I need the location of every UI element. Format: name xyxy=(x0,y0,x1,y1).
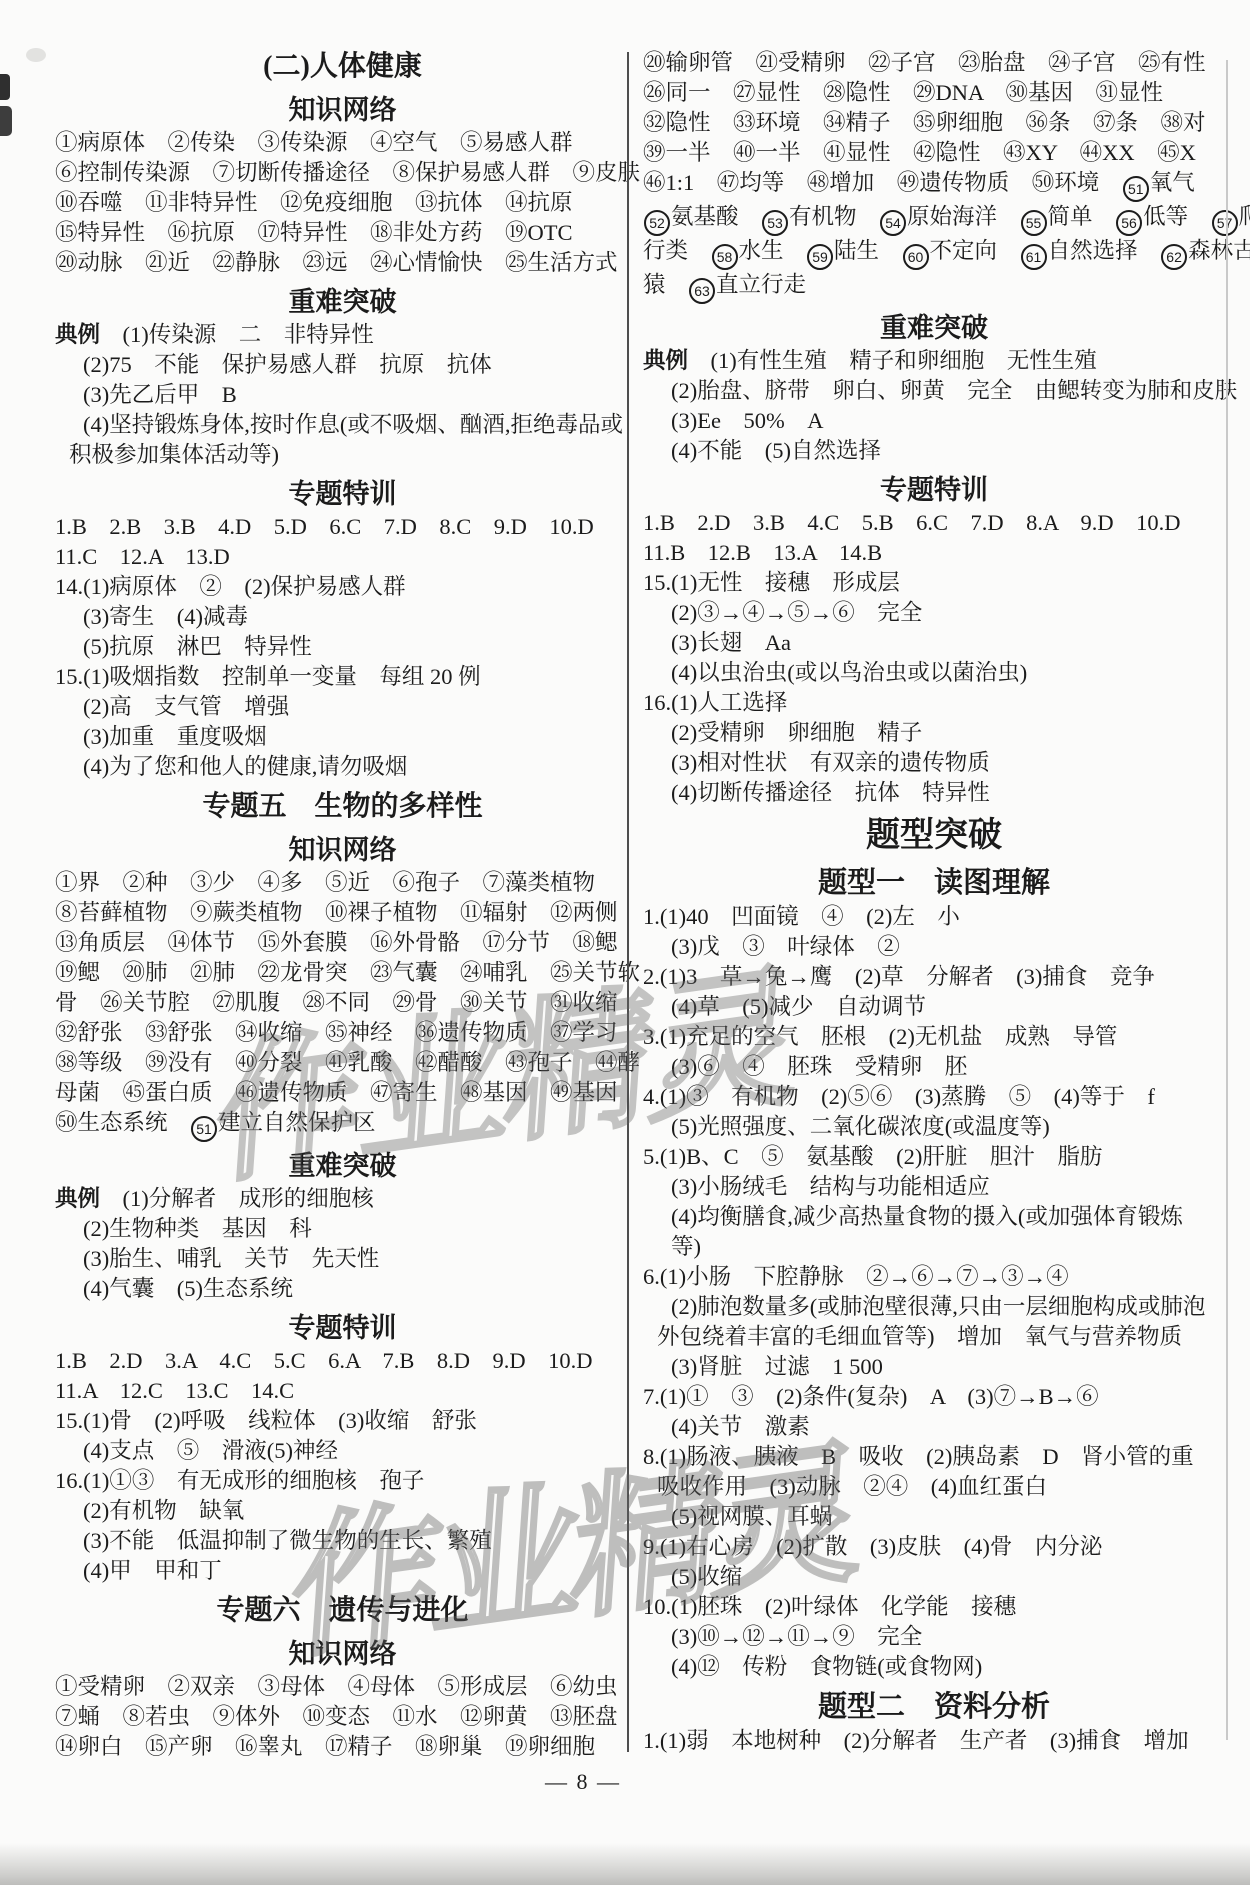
text-line: ⑧苔藓植物 ⑨蕨类植物 ⑩裸子植物 ⑪辐射 ⑫两侧 xyxy=(55,898,630,928)
text-line: 11.C 12.A 13.D xyxy=(55,542,630,572)
text-line: ①界 ②种 ③少 ④多 ⑤近 ⑥孢子 ⑦藻类植物 xyxy=(55,868,630,898)
text-line: (2)肺泡数量多(或肺泡壁很薄,只由一层细胞构成或肺泡 xyxy=(643,1292,1225,1322)
text-line: (3)寄生 (4)减毒 xyxy=(55,602,630,632)
text-line: 9.(1)右心房 (2)扩散 (3)皮肤 (4)骨 内分泌 xyxy=(643,1532,1225,1562)
section-heading: 专题特训 xyxy=(643,472,1225,508)
text-line: ㊻1:1 ㊼均等 ㊽增加 ㊾遗传物质 ㊿环境 51氧气 xyxy=(643,168,1225,202)
section-heading: 重难突破 xyxy=(55,1148,630,1184)
bold-label: 典例 xyxy=(55,1186,100,1211)
text-line: (4)关节 激素 xyxy=(643,1412,1225,1442)
text-line: 典例 (1)分解者 成形的细胞核 xyxy=(55,1184,630,1214)
text-line: ⑦蛹 ⑧若虫 ⑨体外 ⑩变态 ⑪水 ⑫卵黄 ⑬胚盘 xyxy=(55,1702,630,1732)
bold-label: 典例 xyxy=(55,322,100,347)
text-line: 52氨基酸 53有机物 54原始海洋 55简单 56低等 57爬 xyxy=(643,202,1225,236)
circled-number: 51 xyxy=(191,1116,217,1142)
text-line: 1.B 2.B 3.B 4.D 5.D 6.C 7.D 8.C 9.D 10.D xyxy=(55,512,630,542)
text-line: 11.A 12.C 13.C 14.C xyxy=(55,1376,630,1406)
text-line: (3)⑩→⑫→⑪→⑨ 完全 xyxy=(643,1622,1225,1652)
text-line: (3)先乙后甲 B xyxy=(55,380,630,410)
section-heading: 专题特训 xyxy=(55,476,630,512)
page-edge-line xyxy=(1226,60,1228,1740)
text-line: (4)切断传播途径 抗体 特异性 xyxy=(643,778,1225,808)
section-heading: 重难突破 xyxy=(643,310,1225,346)
circled-number: 57 xyxy=(1212,210,1238,236)
text-line: 16.(1)①③ 有无成形的细胞核 孢子 xyxy=(55,1466,630,1496)
text-line: (3)肾脏 过滤 1 500 xyxy=(643,1352,1225,1382)
text-line: (5)抗原 淋巴 特异性 xyxy=(55,632,630,662)
text-line: ⑬角质层 ⑭体节 ⑮外套膜 ⑯外骨骼 ⑰分节 ⑱鳃 xyxy=(55,928,630,958)
text-line: 2.(1)3 草→兔→鹰 (2)草 分解者 (3)捕食 竞争 xyxy=(643,962,1225,992)
column-divider-line xyxy=(627,52,629,1752)
text-line: 典例 (1)传染源 二 非特异性 xyxy=(55,320,630,350)
text-line: 母菌 ㊺蛋白质 ㊻遗传物质 ㊼寄生 ㊽基因 ㊾基因 xyxy=(55,1078,630,1108)
circled-number: 56 xyxy=(1116,210,1142,236)
section-heading: 重难突破 xyxy=(55,284,630,320)
circled-number: 62 xyxy=(1161,244,1187,270)
text-line: (3)戊 ③ 叶绿体 ② xyxy=(643,932,1225,962)
text-line: 等) xyxy=(643,1232,1225,1262)
text-line: (2)有机物 缺氧 xyxy=(55,1496,630,1526)
scan-smudge xyxy=(26,48,46,62)
text-line: 1.B 2.D 3.A 4.C 5.C 6.A 7.B 8.D 9.D 10.D xyxy=(55,1346,630,1376)
text-line: 猿 63直立行走 xyxy=(643,270,1225,304)
section-heading: 专题五 生物的多样性 xyxy=(55,788,630,826)
bold-label: 典例 xyxy=(643,348,688,373)
text-line: (3)⑥ ④ 胚珠 受精卵 胚 xyxy=(643,1052,1225,1082)
text-line: 典例 (1)有性生殖 精子和卵细胞 无性生殖 xyxy=(643,346,1225,376)
circled-number: 52 xyxy=(644,210,670,236)
section-heading: 知识网络 xyxy=(55,832,630,868)
text-line: (3)Ee 50% A xyxy=(643,406,1225,436)
circled-number: 63 xyxy=(689,278,715,304)
left-column: (二)人体健康知识网络①病原体 ②传染 ③传染源 ④空气 ⑤易感人群⑥控制传染源… xyxy=(55,48,630,1762)
text-line: (4)支点 ⑤ 滑液(5)神经 xyxy=(55,1436,630,1466)
circled-number: 51 xyxy=(1123,176,1149,202)
text-line: 14.(1)病原体 ② (2)保护易感人群 xyxy=(55,572,630,602)
text-line: 外包绕着丰富的毛细血管等) 增加 氧气与营养物质 xyxy=(643,1322,1225,1352)
text-line: (3)长翅 Aa xyxy=(643,628,1225,658)
right-column: ⑳输卵管 ㉑受精卵 ㉒子宫 ㉓胎盘 ㉔子宫 ㉕有性㉖同一 ㉗显性 ㉘隐性 ㉙DN… xyxy=(643,48,1225,1756)
text-line: ⑩吞噬 ⑪非特异性 ⑫免疫细胞 ⑬抗体 ⑭抗原 xyxy=(55,188,630,218)
text-line: (3)不能 低温抑制了微生物的生长、繁殖 xyxy=(55,1526,630,1556)
text-line: (5)光照强度、二氧化碳浓度(或温度等) xyxy=(643,1112,1225,1142)
text-line: 11.B 12.B 13.A 14.B xyxy=(643,538,1225,568)
text-line: 15.(1)无性 接穗 形成层 xyxy=(643,568,1225,598)
circled-number: 59 xyxy=(807,244,833,270)
section-heading: 知识网络 xyxy=(55,92,630,128)
section-heading: 题型一 读图理解 xyxy=(643,864,1225,902)
text-line: 5.(1)B、C ⑤ 氨基酸 (2)肝脏 胆汁 脂肪 xyxy=(643,1142,1225,1172)
text-line: (4)以虫治虫(或以鸟治虫或以菌治虫) xyxy=(643,658,1225,688)
text-line: 1.(1)40 凹面镜 ④ (2)左 小 xyxy=(643,902,1225,932)
text-line: ⑮特异性 ⑯抗原 ⑰特异性 ⑱非处方药 ⑲OTC xyxy=(55,218,630,248)
text-line: (4)坚持锻炼身体,按时作息(或不吸烟、酗酒,拒绝毒品或 xyxy=(55,410,630,440)
section-heading: 知识网络 xyxy=(55,1636,630,1672)
scan-edge-mark xyxy=(0,74,10,100)
text-line: 16.(1)人工选择 xyxy=(643,688,1225,718)
answer-key-page: (二)人体健康知识网络①病原体 ②传染 ③传染源 ④空气 ⑤易感人群⑥控制传染源… xyxy=(0,0,1250,1885)
text-line: (3)胎生、哺乳 关节 先天性 xyxy=(55,1244,630,1274)
text-line: (2)75 不能 保护易感人群 抗原 抗体 xyxy=(55,350,630,380)
text-line: (4)⑫ 传粉 食物链(或食物网) xyxy=(643,1652,1225,1682)
text-line: 10.(1)胚珠 (2)叶绿体 化学能 接穗 xyxy=(643,1592,1225,1622)
text-line: ⑳动脉 ㉑近 ㉒静脉 ㉓远 ㉔心情愉快 ㉕生活方式 xyxy=(55,248,630,278)
text-line: (2)受精卵 卵细胞 精子 xyxy=(643,718,1225,748)
section-heading: 题型二 资料分析 xyxy=(643,1688,1225,1726)
text-line: (5)视网膜、耳蜗 xyxy=(643,1502,1225,1532)
text-line: 1.(1)弱 本地树种 (2)分解者 生产者 (3)捕食 增加 xyxy=(643,1726,1225,1756)
text-line: (3)加重 重度吸烟 xyxy=(55,722,630,752)
text-line: 骨 ㉖关节腔 ㉗肌腹 ㉘不同 ㉙骨 ㉚关节 ㉛收缩 xyxy=(55,988,630,1018)
text-line: (4)不能 (5)自然选择 xyxy=(643,436,1225,466)
text-line: (2)胎盘、脐带 卵白、卵黄 完全 由鳃转变为肺和皮肤 xyxy=(643,376,1225,406)
section-heading: 题型突破 xyxy=(643,814,1225,858)
circled-number: 58 xyxy=(712,244,738,270)
text-line: 4.(1)③ 有机物 (2)⑤⑥ (3)蒸腾 ⑤ (4)等于 f xyxy=(643,1082,1225,1112)
text-line: (4)甲 甲和丁 xyxy=(55,1556,630,1586)
text-line: 6.(1)小肠 下腔静脉 ②→⑥→⑦→③→④ xyxy=(643,1262,1225,1292)
circled-number: 55 xyxy=(1021,210,1047,236)
text-line: ⑲鳃 ⑳肺 ㉑肺 ㉒龙骨突 ㉓气囊 ㉔哺乳 ㉕关节软 xyxy=(55,958,630,988)
text-line: ㉜隐性 ㉝环境 ㉞精子 ㉟卵细胞 ㊱条 ㊲条 ㊳对 xyxy=(643,108,1225,138)
text-line: ①受精卵 ②双亲 ③母体 ④母体 ⑤形成层 ⑥幼虫 xyxy=(55,1672,630,1702)
page-number: — 8 — xyxy=(483,1769,683,1795)
circled-number: 53 xyxy=(762,210,788,236)
circled-number: 54 xyxy=(880,210,906,236)
text-line: 1.B 2.D 3.B 4.C 5.B 6.C 7.D 8.A 9.D 10.D xyxy=(643,508,1225,538)
text-line: ㊿生态系统 51建立自然保护区 xyxy=(55,1108,630,1142)
text-line: (3)相对性状 有双亲的遗传物质 xyxy=(643,748,1225,778)
text-line: ①病原体 ②传染 ③传染源 ④空气 ⑤易感人群 xyxy=(55,128,630,158)
scan-edge-mark xyxy=(0,106,12,136)
text-line: 15.(1)骨 (2)呼吸 线粒体 (3)收缩 舒张 xyxy=(55,1406,630,1436)
text-line: (3)小肠绒毛 结构与功能相适应 xyxy=(643,1172,1225,1202)
text-line: 行类 58水生 59陆生 60不定向 61自然选择 62森林古 xyxy=(643,236,1225,270)
text-line: ⑭卵白 ⑮产卵 ⑯睾丸 ⑰精子 ⑱卵巢 ⑲卵细胞 xyxy=(55,1732,630,1762)
text-line: ㉜舒张 ㉝舒张 ㉞收缩 ㉟神经 ㊱遗传物质 ㊲学习 xyxy=(55,1018,630,1048)
text-line: ㊴一半 ㊵一半 ㊶显性 ㊷隐性 ㊸XY ㊹XX ㊺X xyxy=(643,138,1225,168)
text-line: 7.(1)① ③ (2)条件(复杂) A (3)⑦→B→⑥ xyxy=(643,1382,1225,1412)
text-line: (4)为了您和他人的健康,请勿吸烟 xyxy=(55,752,630,782)
scan-bottom-shadow xyxy=(0,1843,1250,1885)
text-line: (4)气囊 (5)生态系统 xyxy=(55,1274,630,1304)
section-heading: (二)人体健康 xyxy=(55,48,630,86)
text-line: (4)草 (5)减少 自动调节 xyxy=(643,992,1225,1022)
text-line: 8.(1)肠液、胰液 B 吸收 (2)胰岛素 D 肾小管的重 xyxy=(643,1442,1225,1472)
text-line: 积极参加集体活动等) xyxy=(55,440,630,470)
text-line: (5)收缩 xyxy=(643,1562,1225,1592)
section-heading: 专题特训 xyxy=(55,1310,630,1346)
text-line: (4)均衡膳食,减少高热量食物的摄入(或加强体育锻炼 xyxy=(643,1202,1225,1232)
circled-number: 61 xyxy=(1021,244,1047,270)
text-line: 15.(1)吸烟指数 控制单一变量 每组 20 例 xyxy=(55,662,630,692)
text-line: ⑥控制传染源 ⑦切断传播途径 ⑧保护易感人群 ⑨皮肤 xyxy=(55,158,630,188)
text-line: (2)③→④→⑤→⑥ 完全 xyxy=(643,598,1225,628)
text-line: ⑳输卵管 ㉑受精卵 ㉒子宫 ㉓胎盘 ㉔子宫 ㉕有性 xyxy=(643,48,1225,78)
text-line: ㊳等级 ㊴没有 ㊵分裂 ㊶乳酸 ㊷醋酸 ㊸孢子 ㊹酵 xyxy=(55,1048,630,1078)
text-line: (2)高 支气管 增强 xyxy=(55,692,630,722)
text-line: (2)生物种类 基因 科 xyxy=(55,1214,630,1244)
circled-number: 60 xyxy=(903,244,929,270)
text-line: 吸收作用 (3)动脉 ②④ (4)血红蛋白 xyxy=(643,1472,1225,1502)
section-heading: 专题六 遗传与进化 xyxy=(55,1592,630,1630)
text-line: ㉖同一 ㉗显性 ㉘隐性 ㉙DNA ㉚基因 ㉛显性 xyxy=(643,78,1225,108)
text-line: 3.(1)充足的空气 胚根 (2)无机盐 成熟 导管 xyxy=(643,1022,1225,1052)
